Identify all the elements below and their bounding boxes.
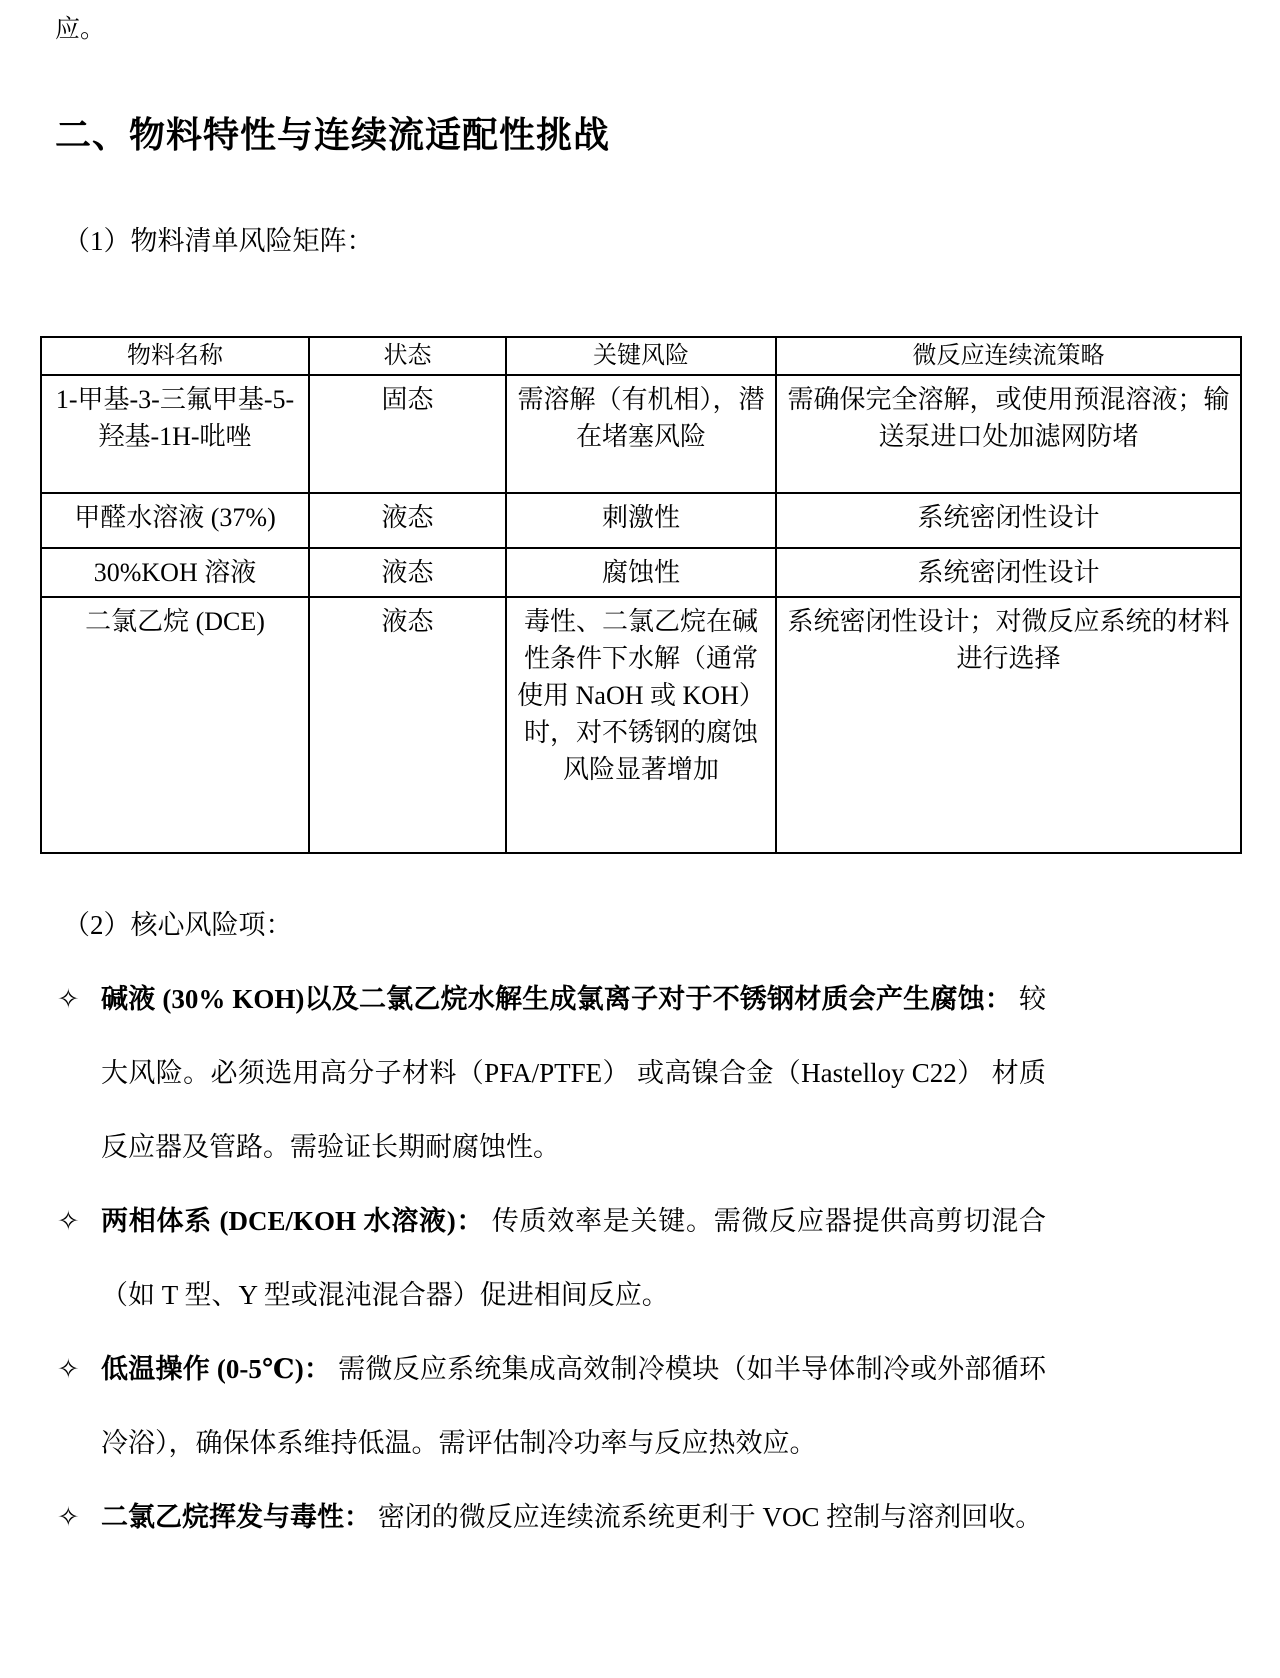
diamond-bullet-icon: ✧ [57, 1480, 80, 1554]
cell-material-name: 1-甲基-3-三氟甲基-5-羟基-1H-吡唑 [41, 375, 309, 493]
bullet-item-corrosion: ✧ 碱液 (30% KOH)以及二氯乙烷水解生成氯离子对于不锈钢材质会产生腐蚀：… [55, 962, 1046, 1184]
cell-key-risk: 刺激性 [506, 493, 776, 548]
cell-flow-strategy: 系统密闭性设计；对微反应系统的材料进行选择 [776, 597, 1241, 853]
col-header-key-risk: 关键风险 [506, 337, 776, 375]
bullet-body: 密闭的微反应连续流系统更利于 VOC 控制与溶剂回收。 [378, 1502, 1043, 1532]
cell-material-name: 甲醛水溶液 (37%) [41, 493, 309, 548]
cell-material-name: 30%KOH 溶液 [41, 548, 309, 597]
col-header-flow-strategy: 微反应连续流策略 [776, 337, 1241, 375]
diamond-bullet-icon: ✧ [57, 962, 80, 1036]
document-page: 应。 二、物料特性与连续流适配性挑战 （1）物料清单风险矩阵： 物料名称 状态 … [0, 0, 1280, 1678]
subsection-1-label: （1）物料清单风险矩阵： [55, 222, 1225, 260]
table-row: 甲醛水溶液 (37%) 液态 刺激性 系统密闭性设计 [41, 493, 1241, 548]
bullet-lead: 低温操作 (0-5℃)： [101, 1354, 331, 1384]
core-risk-section: （2）核心风险项： ✧ 碱液 (30% KOH)以及二氯乙烷水解生成氯离子对于不… [55, 888, 1225, 1554]
cell-state: 液态 [309, 493, 506, 548]
bullet-lead: 二氯乙烷挥发与毒性： [101, 1502, 371, 1532]
table-row: 30%KOH 溶液 液态 腐蚀性 系统密闭性设计 [41, 548, 1241, 597]
cell-state: 液态 [309, 597, 506, 853]
diamond-bullet-icon: ✧ [57, 1184, 80, 1258]
cell-key-risk: 需溶解（有机相），潜在堵塞风险 [506, 375, 776, 493]
cell-material-name: 二氯乙烷 (DCE) [41, 597, 309, 853]
cell-state: 液态 [309, 548, 506, 597]
paragraph-continuation: 应。 [55, 12, 1225, 47]
material-risk-table: 物料名称 状态 关键风险 微反应连续流策略 1-甲基-3-三氟甲基-5-羟基-1… [40, 336, 1242, 854]
table-row: 1-甲基-3-三氟甲基-5-羟基-1H-吡唑 固态 需溶解（有机相），潜在堵塞风… [41, 375, 1241, 493]
bullet-lead: 碱液 (30% KOH)以及二氯乙烷水解生成氯离子对于不锈钢材质会产生腐蚀： [101, 984, 1012, 1014]
cell-key-risk: 腐蚀性 [506, 548, 776, 597]
diamond-bullet-icon: ✧ [57, 1332, 80, 1406]
cell-key-risk: 毒性、二氯乙烷在碱性条件下水解（通常使用 NaOH 或 KOH）时，对不锈钢的腐… [506, 597, 776, 853]
cell-flow-strategy: 系统密闭性设计 [776, 548, 1241, 597]
cell-state: 固态 [309, 375, 506, 493]
bullet-item-volatility: ✧ 二氯乙烷挥发与毒性： 密闭的微反应连续流系统更利于 VOC 控制与溶剂回收。 [55, 1480, 1046, 1554]
col-header-material-name: 物料名称 [41, 337, 309, 375]
bullet-item-low-temp: ✧ 低温操作 (0-5℃)： 需微反应系统集成高效制冷模块（如半导体制冷或外部循… [55, 1332, 1046, 1480]
col-header-state: 状态 [309, 337, 506, 375]
table-row: 二氯乙烷 (DCE) 液态 毒性、二氯乙烷在碱性条件下水解（通常使用 NaOH … [41, 597, 1241, 853]
bullet-item-two-phase: ✧ 两相体系 (DCE/KOH 水溶液)： 传质效率是关键。需微反应器提供高剪切… [55, 1184, 1046, 1332]
cell-flow-strategy: 系统密闭性设计 [776, 493, 1241, 548]
table-header-row: 物料名称 状态 关键风险 微反应连续流策略 [41, 337, 1241, 375]
section-heading: 二、物料特性与连续流适配性挑战 [55, 107, 1225, 158]
bullet-lead: 两相体系 (DCE/KOH 水溶液)： [101, 1206, 484, 1236]
cell-flow-strategy: 需确保完全溶解，或使用预混溶液；输送泵进口处加滤网防堵 [776, 375, 1241, 493]
subsection-2-label: （2）核心风险项： [55, 888, 1225, 962]
